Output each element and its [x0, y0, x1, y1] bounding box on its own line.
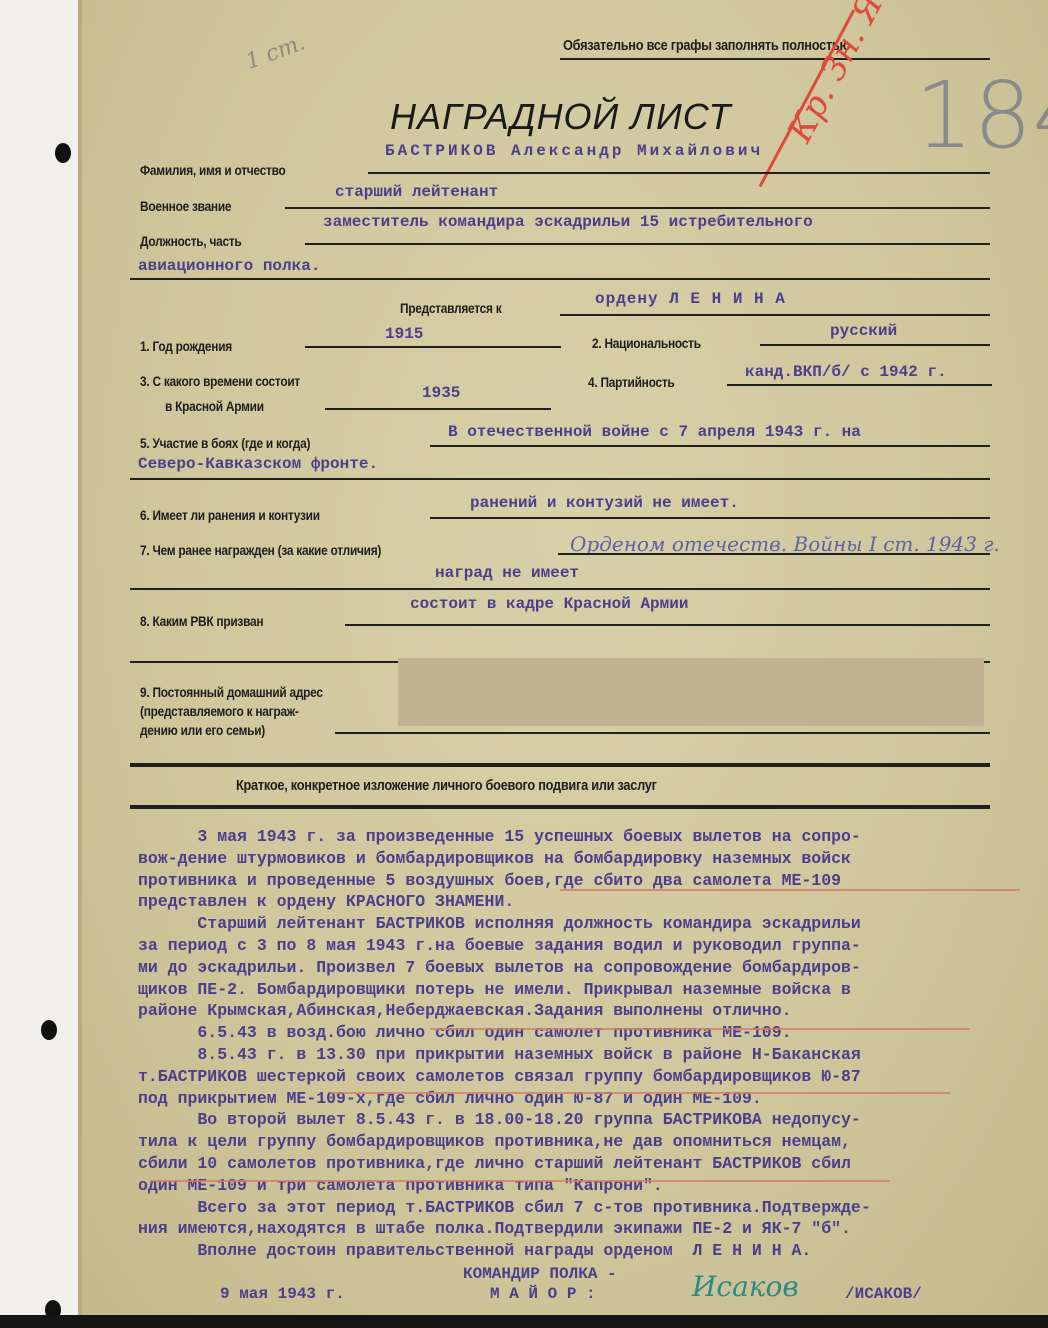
- document-title: НАГРАДНОЙ ЛИСТ: [390, 96, 732, 138]
- position-value-line2: авиационного полка.: [138, 257, 320, 275]
- nominated-line: [560, 314, 990, 316]
- combat-value-line2: Северо-Кавказском фронте.: [138, 455, 378, 473]
- address-label-3: дению или его семьи): [140, 722, 265, 738]
- red-underline: [430, 1028, 970, 1030]
- narrative-line: ния имеются,находятся в штабе полка.Подт…: [138, 1218, 871, 1240]
- full-name-line: [368, 172, 990, 174]
- wounds-label: 6. Имеет ли ранения и контузии: [140, 507, 320, 523]
- position-label: Должность, часть: [140, 233, 241, 249]
- rank-label: Военное звание: [140, 198, 231, 214]
- header-note: Обязательно все графы заполнять полность…: [563, 37, 850, 54]
- nationality-line: [760, 344, 990, 346]
- narrative-block: 3 мая 1943 г. за произведенные 15 успешн…: [138, 826, 871, 1262]
- address-label-1: 9. Постоянный домашний адрес: [140, 684, 323, 700]
- header-underline: [560, 58, 990, 60]
- section-heading: Краткое, конкретное изложение личного бо…: [236, 777, 657, 794]
- narrative-line: Вполне достоин правительственной награды…: [138, 1240, 871, 1262]
- punch-hole: [41, 1020, 57, 1040]
- combat-line: [430, 445, 990, 447]
- binding-margin: [0, 0, 78, 1328]
- narrative-line: тила к цели группу бомбардировщиков прот…: [138, 1131, 871, 1153]
- birth-year-label: 1. Год рождения: [140, 338, 232, 354]
- rank-line: [285, 207, 990, 209]
- army-since-line: [325, 408, 551, 410]
- rank-value: старший лейтенант: [335, 183, 498, 201]
- narrative-line: 8.5.43 г. в 13.30 при прикрытии наземных…: [138, 1044, 871, 1066]
- nominated-value: ордену Л Е Н И Н А: [595, 290, 786, 308]
- army-since-label-1: 3. С какого времени состоит: [140, 373, 300, 389]
- rvk-label: 8. Каким РВК призван: [140, 613, 263, 629]
- birth-year-value: 1915: [385, 325, 423, 343]
- prior-awards-line-2: [130, 588, 990, 590]
- position-line: [305, 243, 990, 245]
- narrative-line: вож-дение штурмовиков и бомбардировщиков…: [138, 848, 871, 870]
- nominated-label: Представляется к: [400, 300, 501, 316]
- red-underline: [150, 1180, 890, 1182]
- prior-awards-line: [558, 553, 990, 555]
- address-line: [335, 732, 990, 734]
- section-divider-bottom: [130, 805, 990, 809]
- narrative-line: представлен к ордену КРАСНОГО ЗНАМЕНИ.: [138, 891, 871, 913]
- signer-title-line2: М А Й О Р :: [490, 1285, 596, 1303]
- narrative-line: один МЕ-109 и три самолета противника ти…: [138, 1175, 871, 1197]
- red-underline: [330, 1092, 950, 1094]
- archive-number: 184: [915, 62, 1048, 169]
- party-value: канд.ВКП/б/ с 1942 г.: [745, 363, 947, 381]
- narrative-line: ми до эскадрильи. Произвел 7 боевых выле…: [138, 957, 871, 979]
- narrative-line: за период с 3 по 8 мая 1943 г.на боевые …: [138, 935, 871, 957]
- paper-edge: [78, 0, 82, 1315]
- position-value-line1: заместитель командира эскадрильи 15 истр…: [323, 213, 813, 231]
- combat-value-line1: В отечественной войне с 7 апреля 1943 г.…: [448, 423, 861, 441]
- army-since-value: 1935: [422, 384, 460, 402]
- address-redaction: [398, 658, 984, 726]
- narrative-line: Во второй вылет 8.5.43 г. в 18.00-18.20 …: [138, 1109, 871, 1131]
- full-name-value: БАСТРИКОВ Александр Михайлович: [385, 142, 763, 160]
- narrative-line: 3 мая 1943 г. за произведенные 15 успешн…: [138, 826, 871, 848]
- narrative-line: Всего за этот период т.БАСТРИКОВ сбил 7 …: [138, 1197, 871, 1219]
- prior-awards-label: 7. Чем ранее награжден (за какие отличия…: [140, 542, 381, 558]
- narrative-line: районе Крымская,Абинская,Неберджаевская.…: [138, 1000, 871, 1022]
- address-label-2: (представляемого к награж-: [140, 703, 299, 719]
- narrative-line: т.БАСТРИКОВ шестеркой своих самолетов св…: [138, 1066, 871, 1088]
- footer-date: 9 мая 1943 г.: [220, 1285, 345, 1303]
- party-line: [727, 384, 992, 386]
- combat-line-2: [130, 478, 990, 480]
- narrative-line: сбили 10 самолетов противника,где лично …: [138, 1153, 871, 1175]
- nationality-label: 2. Национальность: [592, 335, 701, 351]
- narrative-line: щиков ПЕ-2. Бомбардировщики потерь не им…: [138, 979, 871, 1001]
- prior-awards-value: наград не имеет: [435, 564, 579, 582]
- section-divider-top: [130, 763, 990, 767]
- scan-bottom-edge: [0, 1315, 1048, 1328]
- combat-label: 5. Участие в боях (где и когда): [140, 435, 310, 451]
- wounds-value: ранений и контузий не имеет.: [470, 494, 739, 512]
- signer-title-line1: КОМАНДИР ПОЛКА -: [463, 1265, 617, 1283]
- narrative-line: под прикрытием МЕ-109-х,где сбил лично о…: [138, 1088, 871, 1110]
- army-since-label-2: в Красной Армии: [165, 398, 264, 414]
- rvk-value: состоит в кадре Красной Армии: [410, 595, 688, 613]
- birth-year-line: [305, 346, 561, 348]
- signature: Исаков: [692, 1270, 799, 1303]
- party-label: 4. Партийность: [588, 374, 674, 390]
- punch-hole: [55, 143, 71, 163]
- position-line-2: [130, 278, 990, 280]
- red-underline: [560, 889, 1020, 891]
- narrative-line: Старший лейтенант БАСТРИКОВ исполняя дол…: [138, 913, 871, 935]
- rvk-line: [345, 624, 990, 626]
- nationality-value: русский: [830, 322, 897, 340]
- signer-name: /ИСАКОВ/: [845, 1285, 922, 1303]
- narrative-line: 6.5.43 в возд.бою лично сбил один самоле…: [138, 1022, 871, 1044]
- wounds-line: [430, 517, 990, 519]
- full-name-label: Фамилия, имя и отчество: [140, 162, 285, 178]
